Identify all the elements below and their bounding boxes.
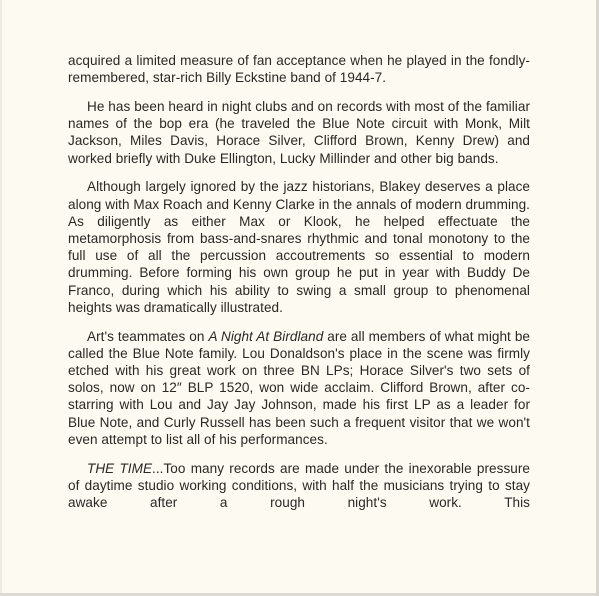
paragraph-the-time: THE TIME...Too many records are made und… — [68, 460, 530, 512]
paragraph-text: He has been heard in night clubs and on … — [68, 99, 530, 166]
paragraph-text: Art's teammates on — [87, 329, 208, 344]
section-lead-in: THE TIME — [87, 461, 152, 476]
paragraph-bop-era-associations: He has been heard in night clubs and on … — [68, 98, 530, 167]
paragraph-teammates: Art's teammates on A Night At Birdland a… — [68, 328, 530, 448]
paragraph-text: are all members of what might be called … — [68, 329, 530, 447]
paragraph-text: acquired a limited measure of fan accept… — [68, 53, 530, 85]
paragraph-modern-drumming: Although largely ignored by the jazz his… — [68, 178, 530, 316]
paragraph-eckstine-band: acquired a limited measure of fan accept… — [68, 52, 530, 86]
album-title: A Night At Birdland — [208, 329, 323, 344]
document-page: acquired a limited measure of fan accept… — [0, 0, 599, 596]
paragraph-text: Although largely ignored by the jazz his… — [68, 179, 530, 314]
liner-notes-text: acquired a limited measure of fan accept… — [68, 52, 530, 523]
